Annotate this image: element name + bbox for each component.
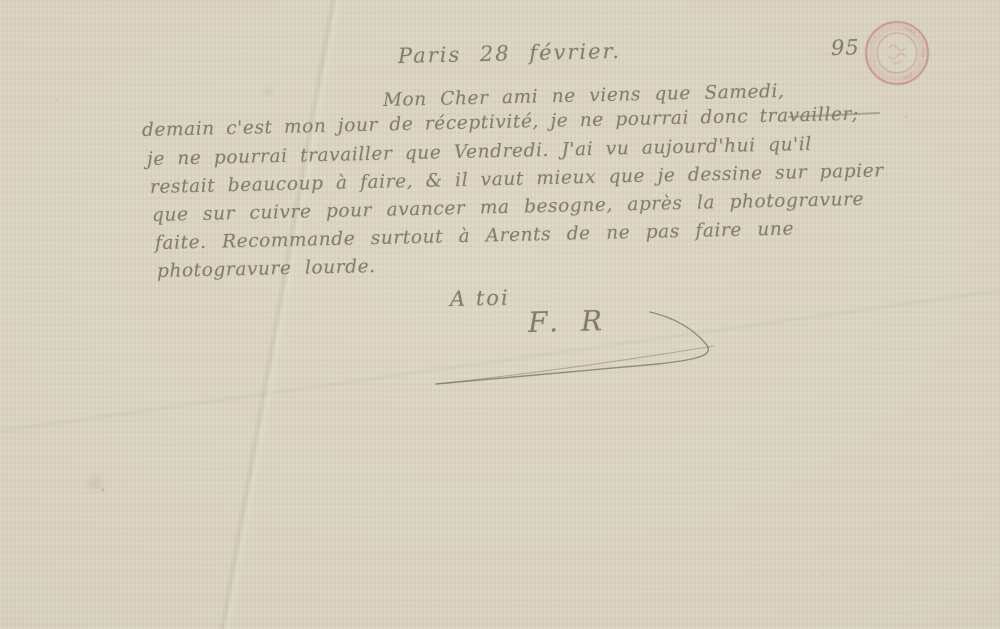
- year: 95: [831, 35, 860, 60]
- letter-scan: Paris 28 février. 95 Mon Cher ami ne vie…: [0, 0, 1000, 629]
- signature-flourish-icon: [418, 300, 748, 392]
- handwritten-letter: Paris 28 février. 95 Mon Cher ami ne vie…: [0, 0, 1000, 629]
- collection-stamp-icon: · · ᴄᴏʟʟ · · · · ʙɪʙ · · · · · ᴘᴀʀ · · ·: [862, 18, 932, 88]
- letter-line: photogravure lourde.: [157, 256, 376, 282]
- letter-line: faite. Recommande surtout à Arents de ne…: [155, 219, 794, 254]
- dateline: Paris 28 février.: [398, 39, 621, 68]
